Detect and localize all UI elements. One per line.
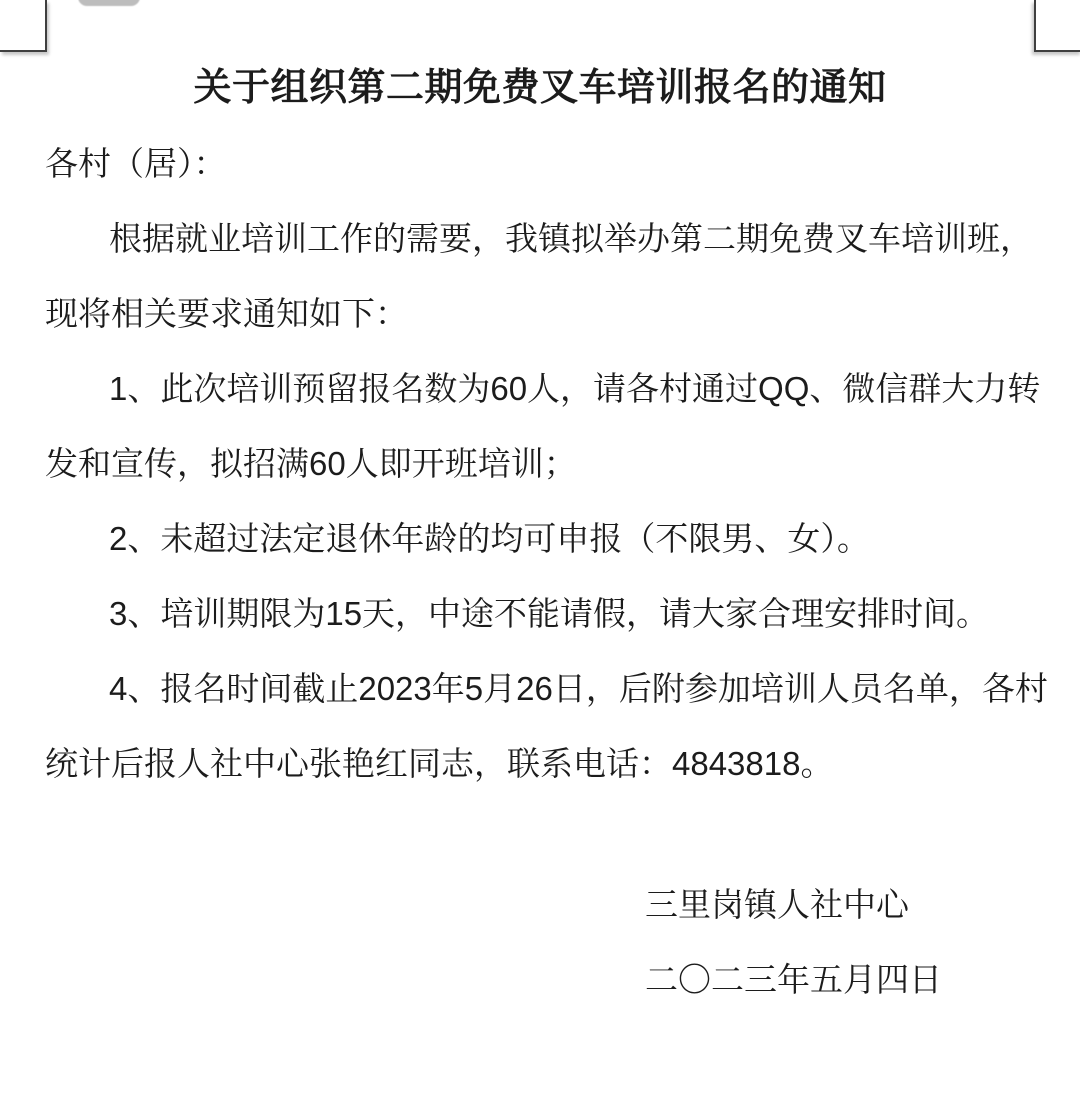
notice-title: 关于组织第二期免费叉车培训报名的通知: [0, 64, 1080, 112]
signature-org: 三里岗镇人社中心: [645, 867, 1080, 942]
notice-body: 各村（居）： 根据就业培训工作的需要，我镇拟举办第二期免费叉车培训班， 现将相关…: [0, 126, 1080, 801]
prev-page-corner-left-icon: [0, 0, 47, 52]
salutation-line: 各村（居）：: [45, 126, 1050, 201]
body-line: 统计后报人社中心张艳红同志，联系电话：4843818。: [45, 726, 1050, 801]
body-line: 1、此次培训预留报名数为60人，请各村通过QQ、微信群大力转: [45, 351, 1050, 426]
body-line: 3、培训期限为15天，中途不能请假，请大家合理安排时间。: [45, 576, 1050, 651]
body-line: 发和宣传，拟招满60人即开班培训；: [45, 426, 1050, 501]
body-line: 根据就业培训工作的需要，我镇拟举办第二期免费叉车培训班，: [45, 201, 1050, 276]
scroll-indicator: [78, 0, 140, 6]
signature-date: 二〇二三年五月四日: [645, 942, 1080, 1017]
signature-block: 三里岗镇人社中心 二〇二三年五月四日: [0, 867, 1080, 1017]
body-line: 现将相关要求通知如下：: [45, 276, 1050, 351]
body-line: 4、报名时间截止2023年5月26日，后附参加培训人员名单，各村: [45, 651, 1050, 726]
prev-page-corner-right-icon: [1034, 0, 1080, 52]
body-line: 2、未超过法定退休年龄的均可申报（不限男、女）。: [45, 501, 1050, 576]
document-page: { "colors": { "paper": "#ffffff", "ink":…: [0, 0, 1080, 1120]
